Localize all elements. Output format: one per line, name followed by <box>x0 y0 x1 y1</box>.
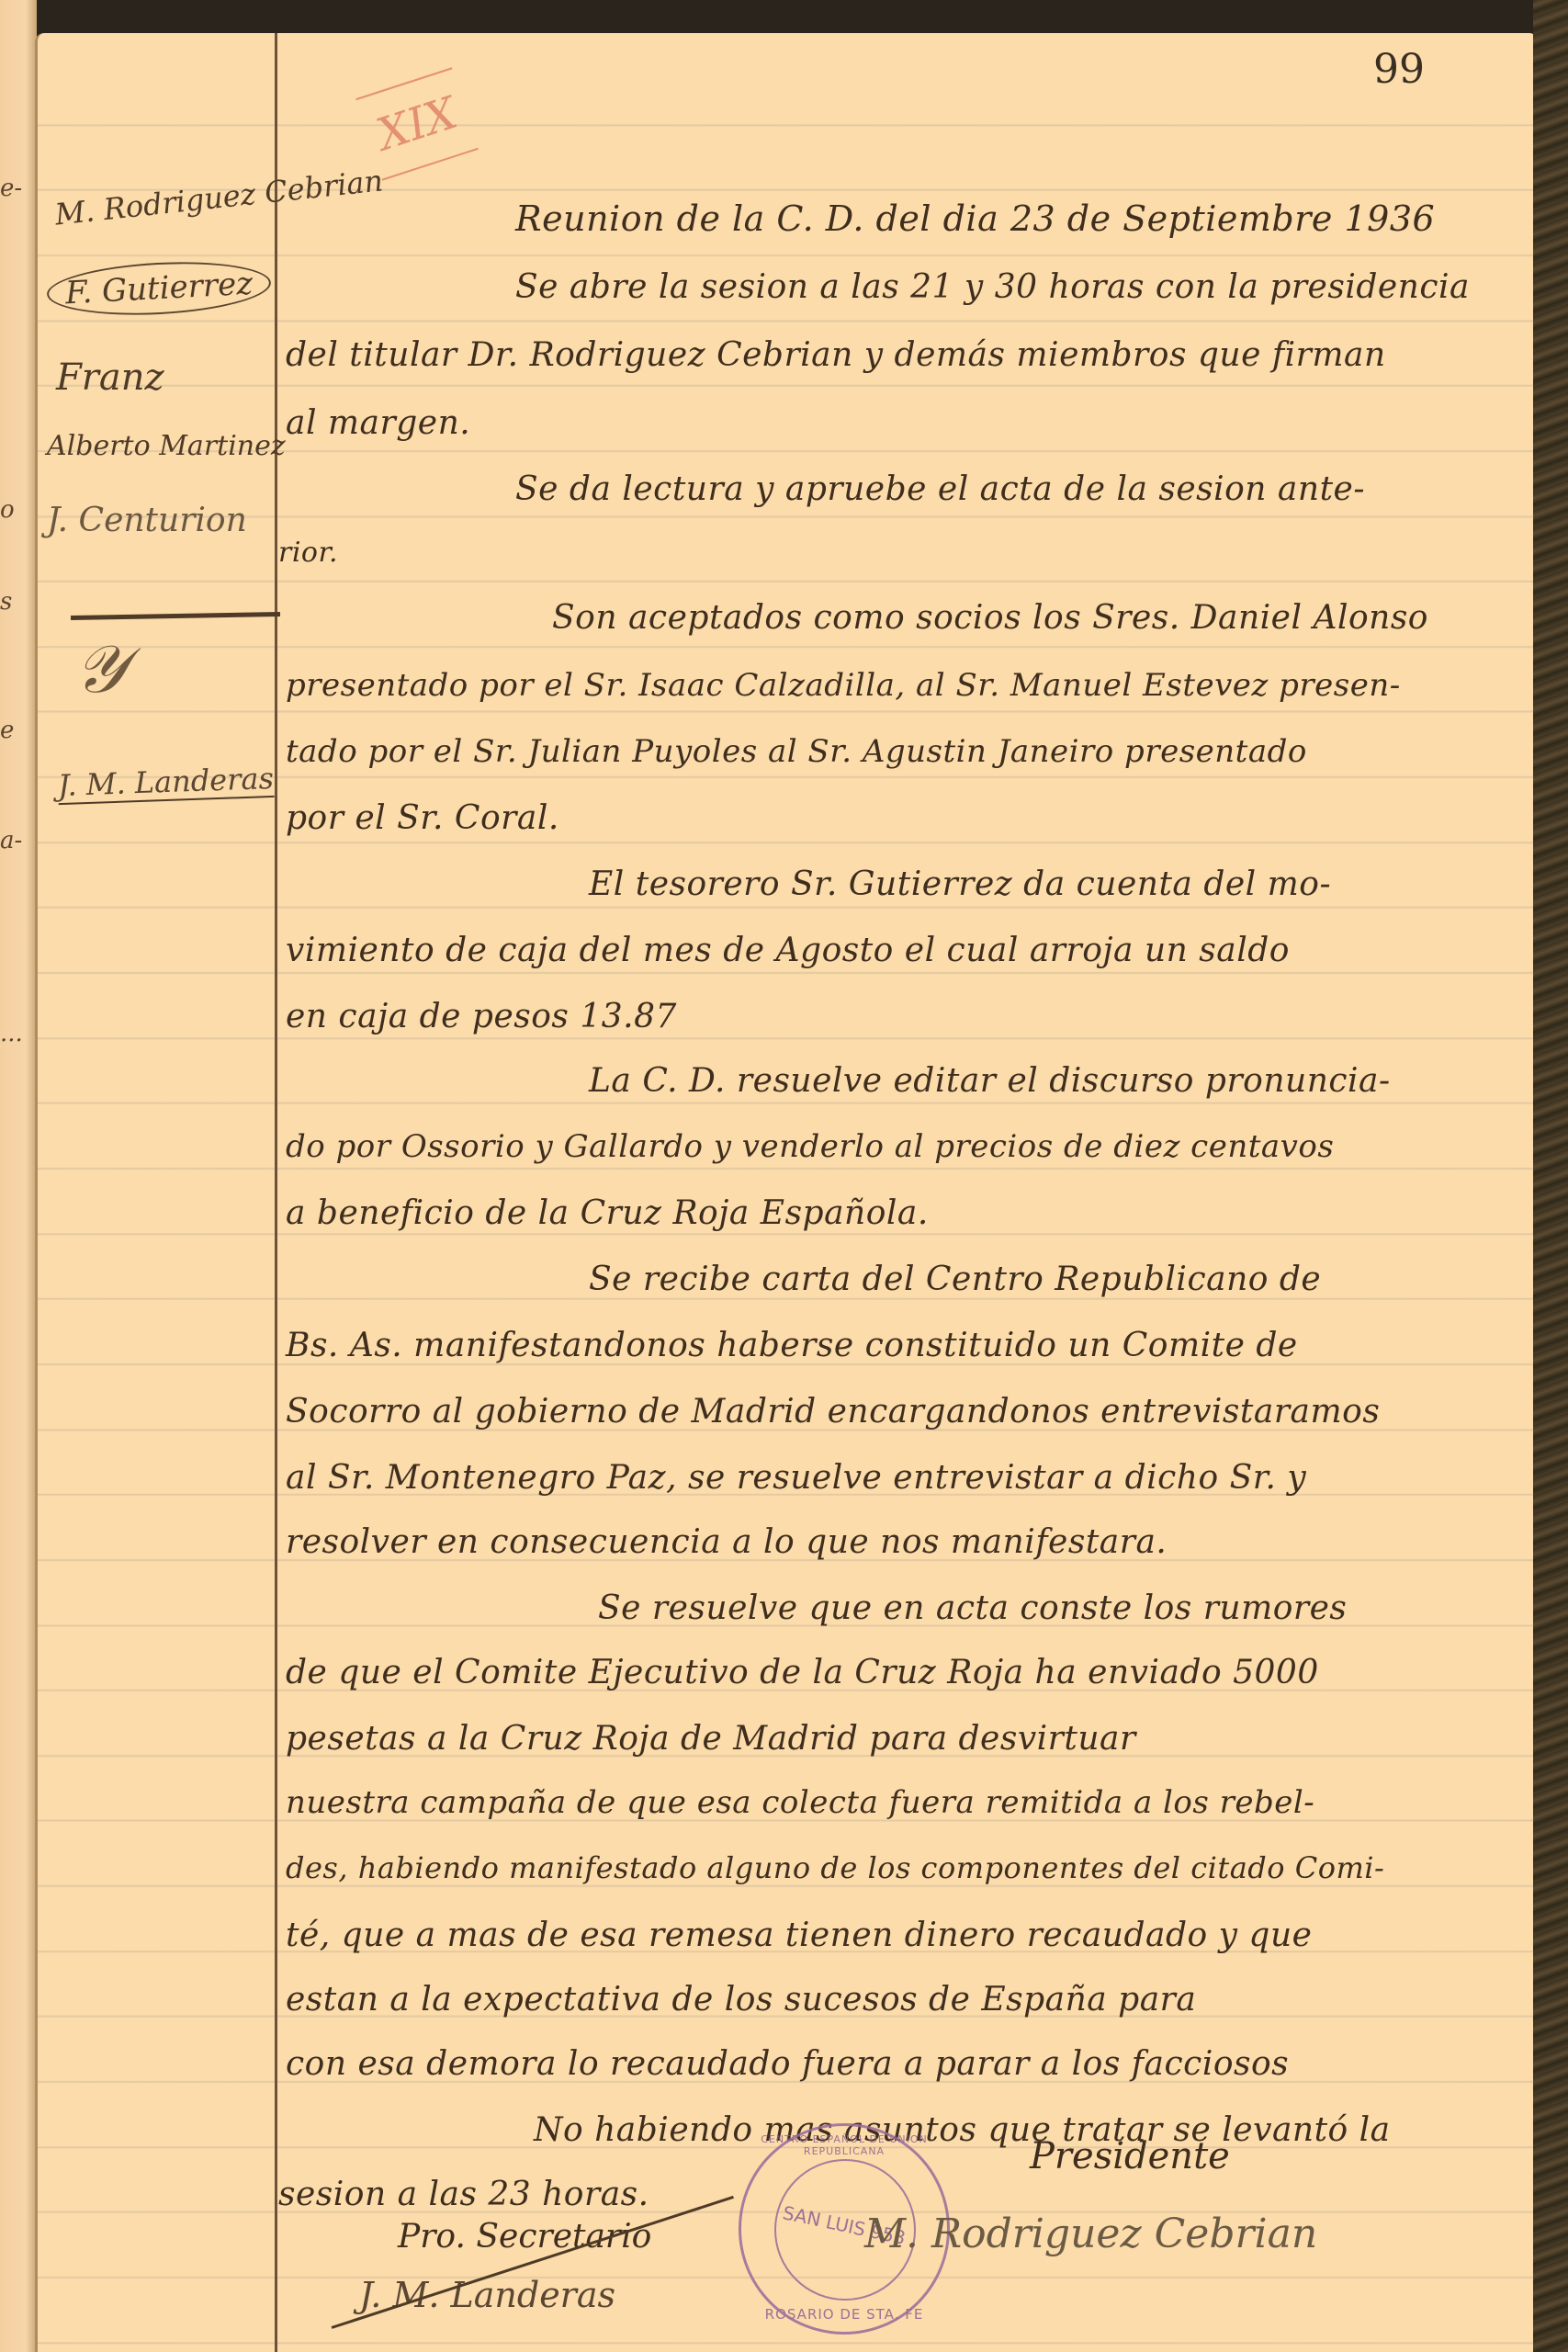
minutes-line: resolver en consecuencia a lo que nos ma… <box>286 1523 1167 1561</box>
minutes-line: nuestra campaña de que esa colecta fuera… <box>286 1784 1314 1821</box>
margin-signature: Franz <box>56 356 164 399</box>
minutes-line: del titular Dr. Rodriguez Cebrian y demá… <box>286 336 1386 374</box>
minutes-line: por el Sr. Coral. <box>286 799 559 837</box>
minutes-line: des, habiendo manifestado alguno de los … <box>286 1850 1384 1885</box>
minutes-line: El tesorero Sr. Gutierrez da cuenta del … <box>589 865 1331 903</box>
stamp-ring-top-text: CENTRO ESPAÑOL DE UNION REPUBLICANA <box>741 2133 947 2157</box>
minutes-line: rior. <box>278 537 338 569</box>
margin-signature: M. Rodriguez Cebrian <box>53 163 385 232</box>
minutes-line: a beneficio de la Cruz Roja Española. <box>286 1194 929 1232</box>
minutes-line: tado por el Sr. Julian Puyoles al Sr. Ag… <box>286 733 1307 770</box>
margin-signature: J. Centurion <box>47 502 247 539</box>
margin-signature: F. Gutierrez <box>46 257 273 321</box>
minutes-line: No habiendo mas asuntos que tratar se le… <box>534 2111 1391 2149</box>
minutes-line: con esa demora lo recaudado fuera a para… <box>286 2045 1289 2083</box>
minutes-line: en caja de pesos 13.87 <box>286 998 677 1035</box>
margin-signature: Alberto Martinez <box>47 430 286 462</box>
minutes-line: té, que a mas de esa remesa tienen diner… <box>286 1917 1312 1954</box>
left-page-fragment: a- <box>0 827 22 854</box>
left-page-fragment: e <box>0 717 14 744</box>
minutes-line: al margen. <box>286 404 470 442</box>
page-number: 99 <box>1373 46 1425 93</box>
minutes-line: La C. D. resuelve editar el discurso pro… <box>589 1062 1391 1100</box>
president-label: Presidente <box>1030 2135 1230 2177</box>
margin-separator <box>71 612 280 620</box>
left-facing-page: e- o s e a- ... <box>0 0 37 2352</box>
book-binding-edge <box>1533 0 1568 2352</box>
minutes-line: Se da lectura y apruebe el acta de la se… <box>515 470 1365 508</box>
left-page-fragment: o <box>0 496 15 524</box>
minutes-line: Socorro al gobierno de Madrid encargando… <box>286 1393 1380 1430</box>
minutes-line: de que el Comite Ejecutivo de la Cruz Ro… <box>286 1654 1319 1691</box>
minutes-line: sesion a las 23 horas. <box>278 2176 649 2213</box>
minutes-line: Se resuelve que en acta conste los rumor… <box>598 1589 1347 1627</box>
secretary-signature: J. M. Landeras <box>359 2275 615 2315</box>
margin-signature: J. M. Landeras <box>57 761 274 805</box>
stamp-ring-bottom-text: ROSARIO DE STA. FE <box>741 2306 947 2323</box>
meeting-title: Reunion de la C. D. del dia 23 de Septie… <box>515 198 1435 239</box>
minutes-line: Bs. As. manifestandonos haberse constitu… <box>286 1327 1298 1364</box>
margin-rule <box>275 33 277 2352</box>
minutes-line: do por Ossorio y Gallardo y venderlo al … <box>286 1128 1334 1165</box>
left-page-fragment: s <box>0 588 12 616</box>
minutes-line: vimiento de caja del mes de Agosto el cu… <box>286 932 1290 969</box>
minutes-line: Se abre la sesion a las 21 y 30 horas co… <box>515 268 1470 306</box>
president-signature: M. Rodriguez Cebrian <box>864 2211 1317 2257</box>
left-page-fragment: e- <box>0 175 22 202</box>
minutes-line: al Sr. Montenegro Paz, se resuelve entre… <box>286 1459 1306 1497</box>
margin-signature-flourish: 𝒴 <box>74 630 126 709</box>
minutes-line: estan a la expectativa de los sucesos de… <box>286 1981 1196 2018</box>
left-page-fragment: ... <box>0 1020 23 1047</box>
minutes-line: presentado por el Sr. Isaac Calzadilla, … <box>286 667 1401 704</box>
minutes-line: Son aceptados como socios los Sres. Dani… <box>552 599 1428 637</box>
minutes-line: Se recibe carta del Centro Republicano d… <box>589 1261 1321 1298</box>
minutes-line: pesetas a la Cruz Roja de Madrid para de… <box>286 1720 1136 1758</box>
ledger-page: 99 XIX M. Rodriguez Cebrian F. Gutierrez… <box>35 33 1537 2352</box>
